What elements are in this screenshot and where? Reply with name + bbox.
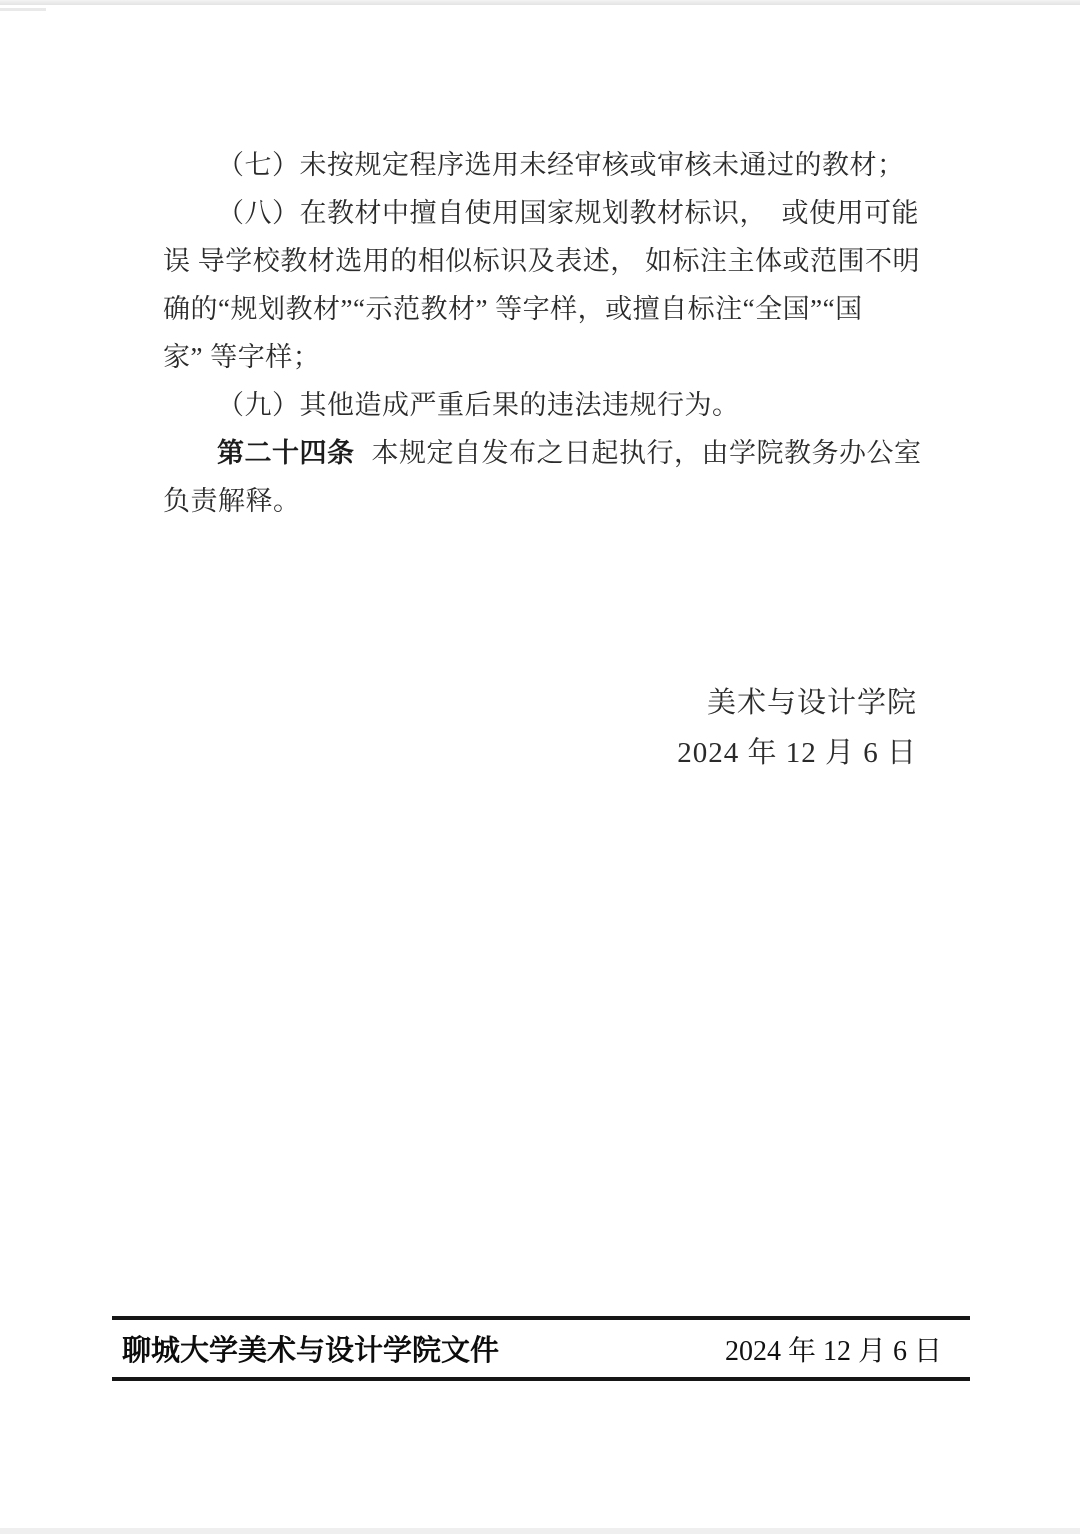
article-24-line-1: 第二十四条本规定自发布之日起执行，由学院教务办公室	[163, 429, 923, 477]
footer-bar: 聊城大学美术与设计学院文件 2024 年 12 月 6 日	[112, 1316, 970, 1381]
signature-org: 美术与设计学院	[677, 678, 917, 728]
footer-date: 2024 年 12 月 6 日	[725, 1329, 970, 1369]
article-24-label: 第二十四条	[217, 438, 355, 468]
scan-mark-topleft	[0, 8, 46, 11]
scan-edge-top	[0, 0, 1080, 5]
scan-edge-bottom	[0, 1528, 1080, 1534]
signature-date: 2024 年 12 月 6 日	[677, 728, 917, 778]
clause-9-line: （九）其他造成严重后果的违法违规行为。	[163, 381, 923, 429]
footer-title: 聊城大学美术与设计学院文件	[112, 1328, 499, 1369]
clause-7-line: （七）未按规定程序选用未经审核或审核未通过的教材；	[163, 141, 923, 189]
clause-8-line-1: （八）在教材中擅自使用国家规划教材标识， 或使用可能	[163, 189, 923, 237]
document-body: （七）未按规定程序选用未经审核或审核未通过的教材； （八）在教材中擅自使用国家规…	[163, 141, 923, 525]
clause-8-line-2: 误 导学校教材选用的相似标识及表述， 如标注主体或范围不明	[163, 237, 923, 285]
article-24-text: 本规定自发布之日起执行，由学院教务办公室	[372, 438, 922, 468]
article-24-line-2: 负责解释。	[163, 477, 923, 525]
clause-8-line-4: 家” 等字样；	[163, 333, 923, 381]
signature-block: 美术与设计学院 2024 年 12 月 6 日	[677, 678, 917, 778]
document-page: （七）未按规定程序选用未经审核或审核未通过的教材； （八）在教材中擅自使用国家规…	[0, 0, 1080, 1534]
clause-8-line-3: 确的“规划教材”“示范教材” 等字样，或擅自标注“全国”“国	[163, 285, 923, 333]
